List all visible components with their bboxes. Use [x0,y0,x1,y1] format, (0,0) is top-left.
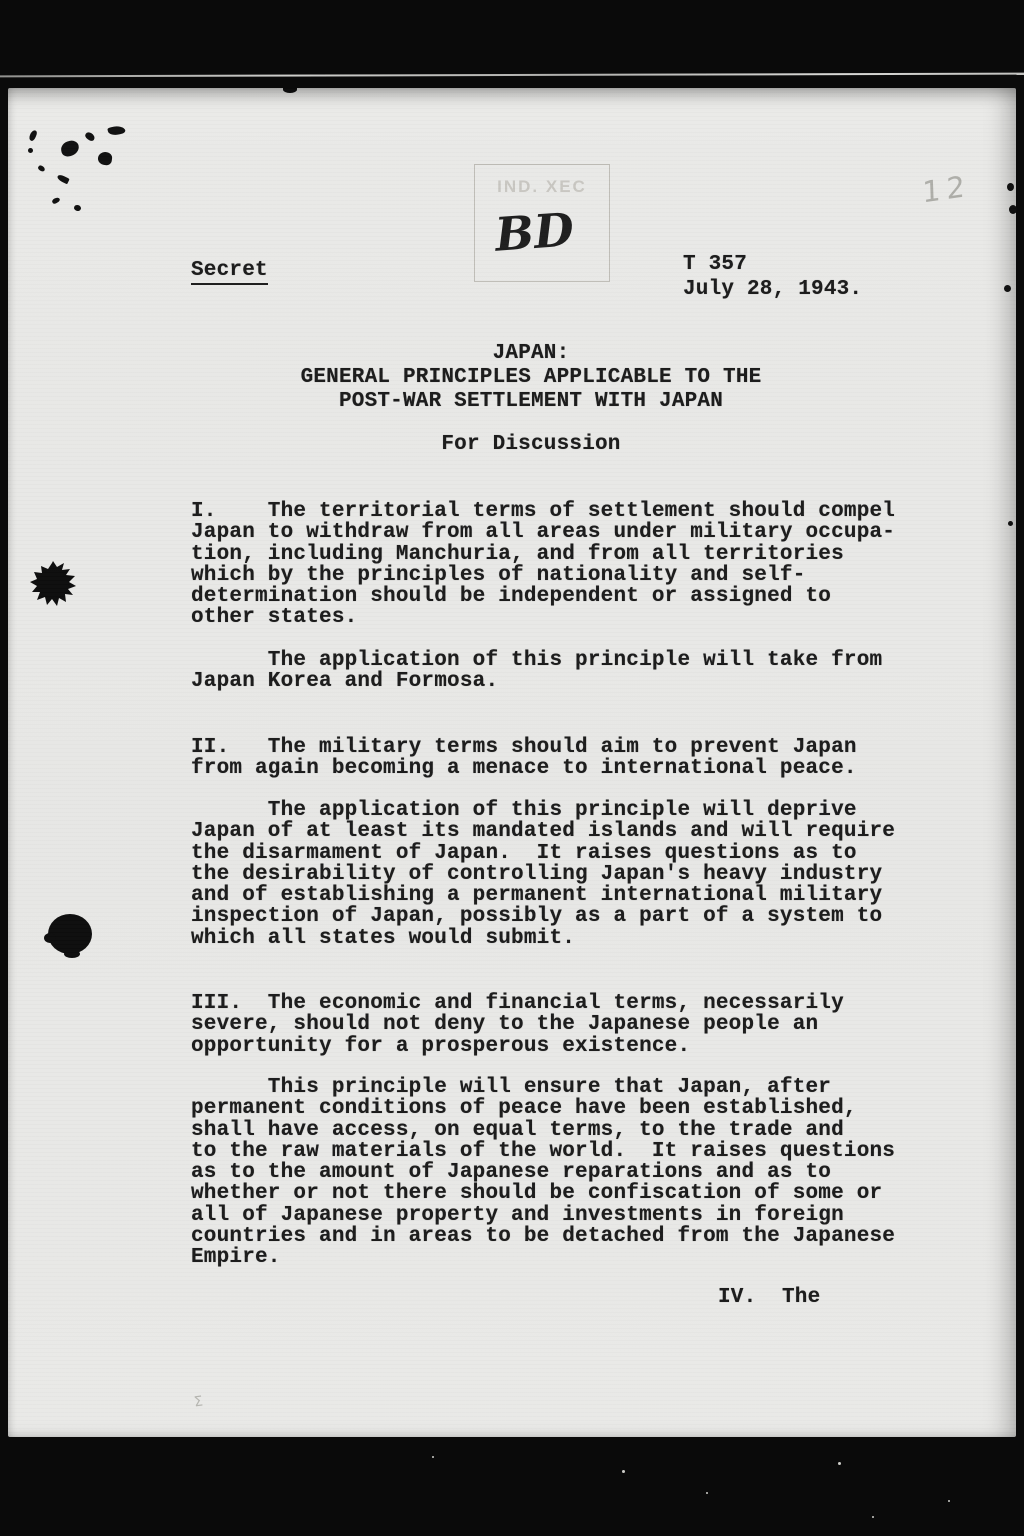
ink-blot-round [42,910,96,958]
dust-speck [432,1456,434,1458]
index-stamp-text: IND. XEC [475,177,609,197]
dust-speck [948,1500,950,1502]
ink-speck [84,131,96,142]
edge-dot [1004,285,1011,292]
pencil-squiggle: Σ [193,1393,204,1410]
handwritten-initials: BD [493,202,575,261]
edge-dot [1008,521,1013,526]
ink-speck [28,129,38,141]
catchword-next-section: IV. The [718,1287,820,1308]
paragraph-section-iii: III. The economic and financial terms, n… [191,993,844,1057]
ink-blot-splat [24,558,82,610]
ink-speck [37,164,46,172]
dust-speck [872,1516,874,1518]
paragraph-section-ii: II. The military terms should aim to pre… [191,737,857,780]
dust-speck [622,1470,625,1473]
edge-dot [1009,205,1017,214]
edge-dot [1007,183,1014,191]
ink-speck [51,196,60,204]
paragraph-section-i: I. The territorial terms of settlement s… [191,501,895,629]
dust-speck [838,1462,841,1465]
ink-speck [28,148,33,153]
classification-label: Secret [191,260,268,281]
document-date: July 28, 1943. [683,279,862,300]
ink-speck [73,204,81,212]
ink-speck [56,174,69,185]
paragraph-section-iii-application: This principle will ensure that Japan, a… [191,1077,895,1269]
paragraph-section-i-application: The application of this principle will t… [191,650,882,693]
document-reference: T 357 [683,254,747,275]
dust-speck [706,1492,708,1494]
ink-speck [107,124,126,137]
index-stamp-box: IND. XEC BD [474,164,610,282]
ink-speck [60,139,81,157]
paper-edge-notch [283,86,297,93]
scanned-document-frame: IND. XEC BD 12 Secret T 357 July 28, 194… [0,0,1024,1536]
classification-text: Secret [191,259,268,285]
ink-speck [97,151,113,166]
pencil-page-number: 12 [922,169,972,210]
document-title: JAPAN: GENERAL PRINCIPLES APPLICABLE TO … [131,342,931,414]
document-page: IND. XEC BD 12 Secret T 357 July 28, 194… [8,88,1016,1437]
paragraph-section-ii-application: The application of this principle will d… [191,800,895,949]
document-subtitle: For Discussion [131,433,931,457]
film-scratch-line [0,73,1024,78]
